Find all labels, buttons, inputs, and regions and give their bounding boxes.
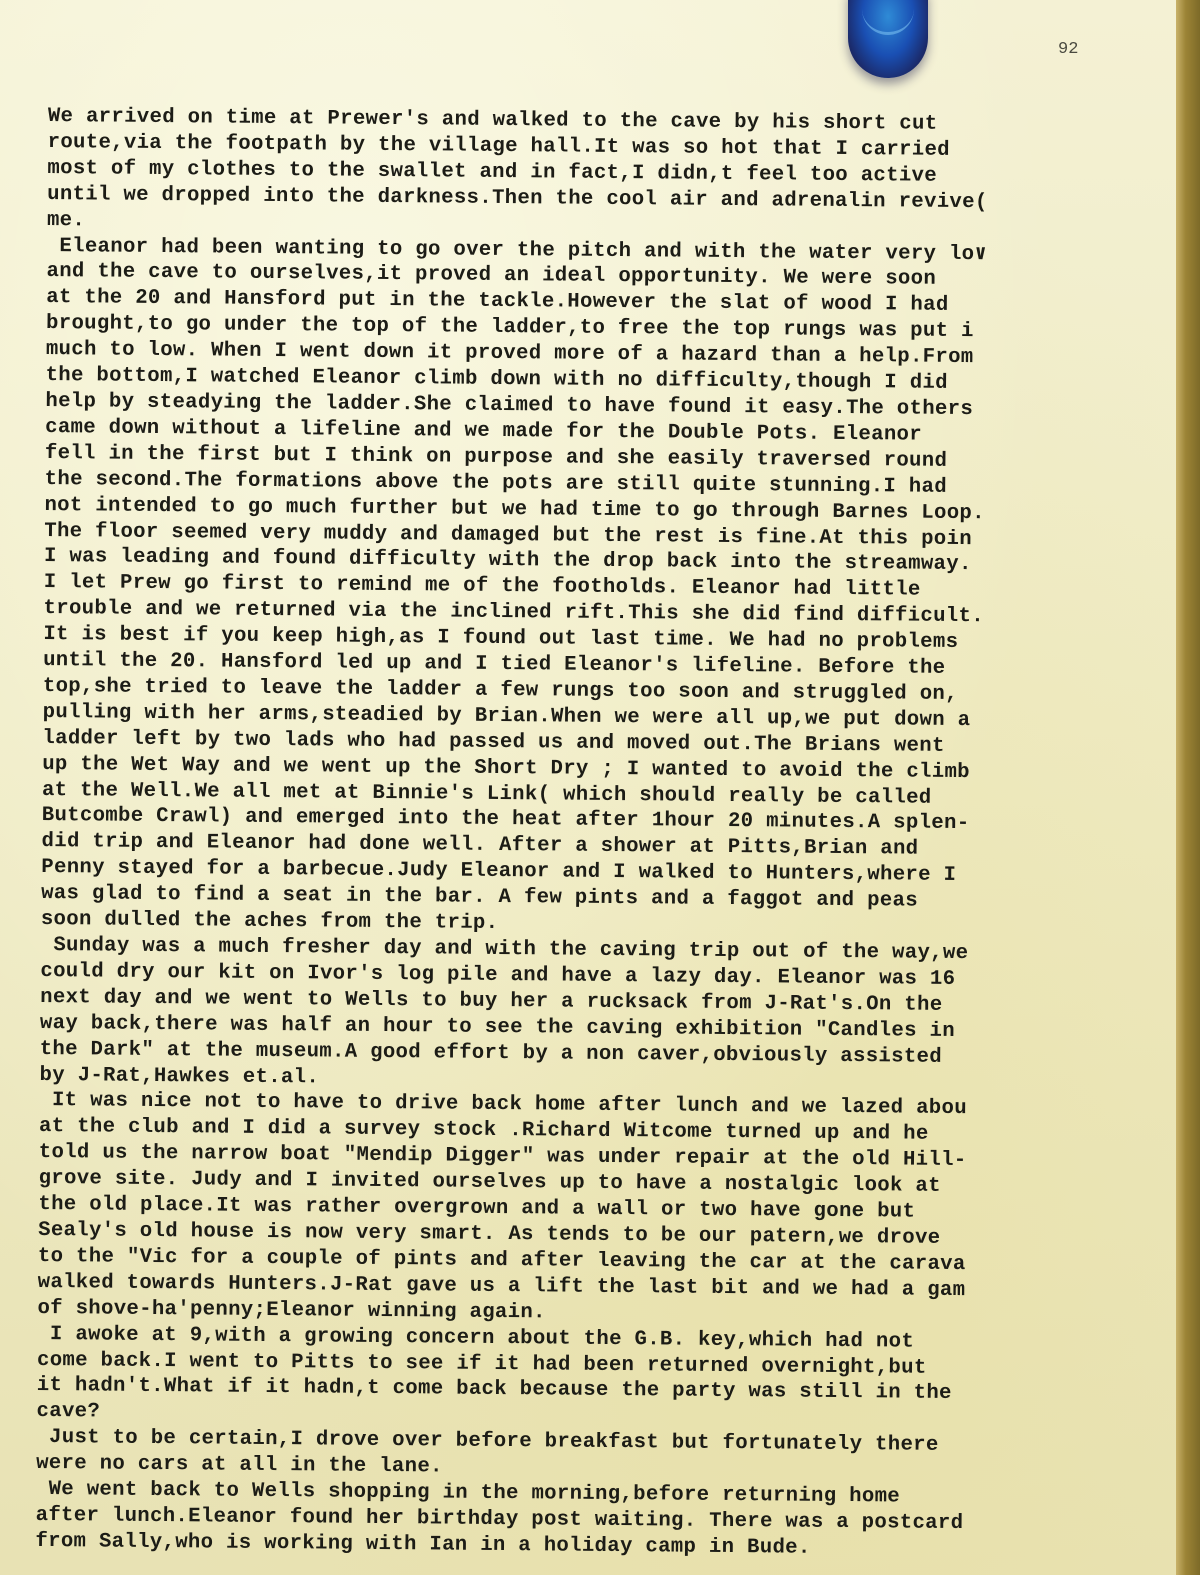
board-edge (1176, 0, 1200, 1575)
typed-page: 92 We arrived on time at Prewer's and wa… (0, 0, 1178, 1575)
typed-text-body: We arrived on time at Prewer's and walke… (35, 104, 1168, 1564)
push-pin-icon (848, 0, 928, 78)
page-number: 92 (1058, 40, 1078, 59)
